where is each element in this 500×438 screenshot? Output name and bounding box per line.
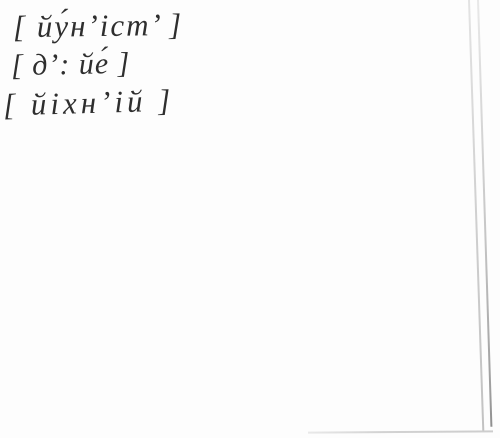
- phonetic-transcription-line-2: [ д’: йе́ ]: [11, 49, 131, 81]
- underlying-page-bottom-edge-line: [308, 430, 493, 433]
- photo-of-handwritten-notes: [ йу́н’іст’ ] [ д’: йе́ ] [ йіхн’ій ]: [0, 0, 500, 438]
- underlying-page-edge-line-left: [468, 0, 484, 432]
- phonetic-transcription-line-3: [ йіхн’ій ]: [3, 85, 175, 121]
- phonetic-transcription-line-1: [ йу́н’іст’ ]: [13, 9, 184, 42]
